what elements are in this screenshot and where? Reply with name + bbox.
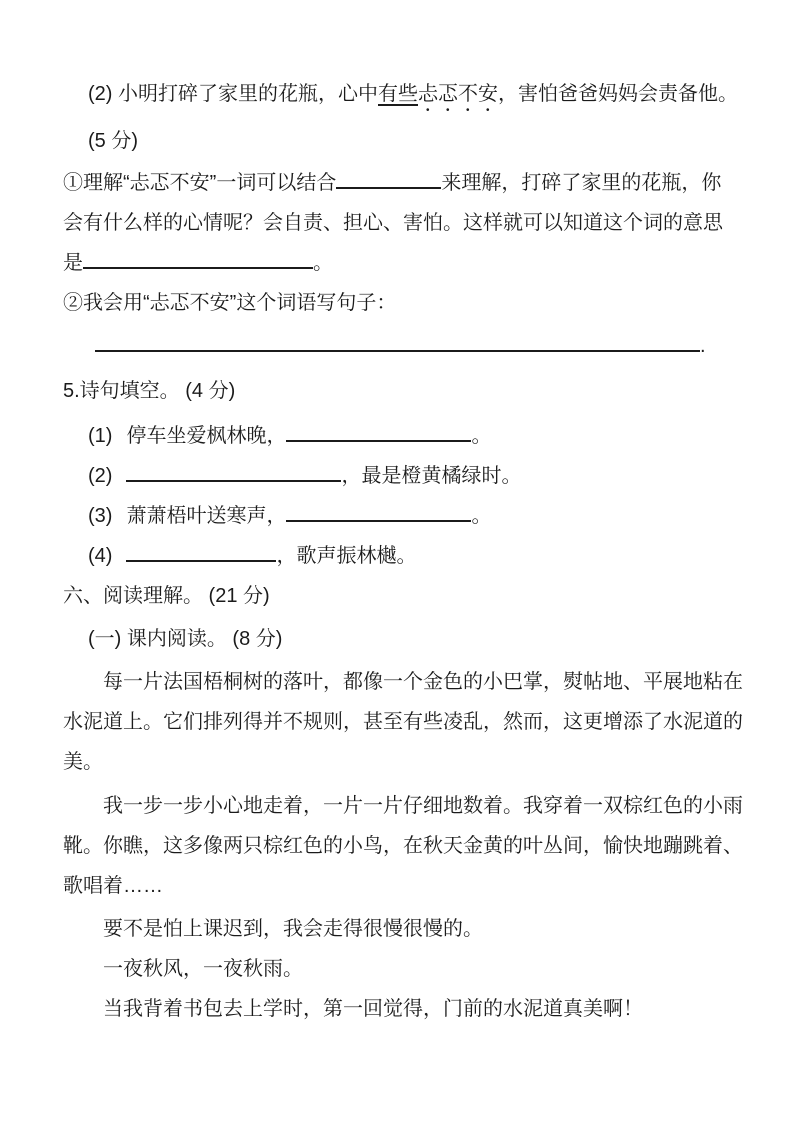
fill-in-blank: [286, 500, 471, 522]
q4-item2-sentence: (2) 小明打碎了家里的花瓶，心中有些忐忑不安，害怕爸爸妈妈会责备他。: [88, 74, 743, 116]
verse-before-blank: 萧萧梧叶送寒声，: [126, 505, 286, 527]
q4-sub2-label: ②我会用“忐忑不安”这个词语写句子：: [63, 283, 743, 323]
reading-paragraph-1: 每一片法国梧桐树的落叶，都像一个金色的小巴掌，熨帖地、平展地粘在水泥道上。它们排…: [63, 662, 743, 782]
item-number: (1): [88, 425, 112, 447]
item-number: (3): [88, 505, 112, 527]
q4-sub2-answer-line: .: [63, 329, 743, 363]
reading-paragraph-5: 当我背着书包去上学时，第一回觉得，门前的水泥道真美啊！: [63, 989, 743, 1029]
item-number: (4): [88, 545, 112, 567]
q6-sub-heading: (一) 课内阅读。 (8 分): [88, 619, 743, 659]
q4-sub1-line2: 会有什么样的心情呢？会自责、担心、害怕。这样就可以知道这个词的意思: [63, 203, 743, 243]
verse-after-blank: 。: [471, 425, 491, 447]
reading-paragraph-3: 要不是怕上课迟到，我会走得很慢很慢的。: [63, 909, 743, 949]
emphasized-word: 忐忑不安: [418, 83, 498, 105]
q5-heading: 5.诗句填空。 (4 分): [63, 371, 743, 411]
underlined-word: 有些: [378, 83, 418, 105]
exam-page: (2) 小明打碎了家里的花瓶，心中有些忐忑不安，害怕爸爸妈妈会责备他。 (5 分…: [0, 0, 793, 1122]
q6-heading: 六、阅读理解。 (21 分): [63, 576, 743, 616]
fill-in-blank: [126, 540, 276, 562]
answer-end-mark: .: [700, 335, 706, 357]
q5-item-3: (3)萧萧梧叶送寒声，。: [88, 496, 743, 536]
q4-sub1-block: ①理解“忐忑不安”一词可以结合来理解，打碎了家里的花瓶，你 会有什么样的心情呢？…: [63, 163, 743, 283]
fill-in-blank: [336, 167, 441, 189]
q5-item-4: (4)，歌声振林樾。: [88, 536, 743, 576]
q5-item-1: (1)停车坐爱枫林晚，。: [88, 416, 743, 456]
answer-underline: [95, 330, 700, 352]
fill-in-blank: [83, 247, 313, 269]
verse-before-blank: 停车坐爱枫林晚，: [126, 425, 286, 447]
verse-after-blank: ，最是橙黄橘绿时。: [341, 465, 521, 487]
item-number: (2): [88, 465, 112, 487]
sentence-prefix: (2) 小明打碎了家里的花瓶，心中: [88, 83, 378, 105]
verse-after-blank: 。: [471, 505, 491, 527]
fill-in-blank: [286, 420, 471, 442]
sub1-line3-suffix: 。: [313, 252, 333, 274]
reading-paragraph-2: 我一步一步小心地走着，一片一片仔细地数着。我穿着一双棕红色的小雨靴。你瞧，这多像…: [63, 786, 743, 906]
sub1-post-blank: 来理解，打碎了家里的花瓶，你: [441, 172, 721, 194]
q4-sub1-line1: ①理解“忐忑不安”一词可以结合来理解，打碎了家里的花瓶，你: [63, 163, 743, 203]
sub1-line3-prefix: 是: [63, 252, 83, 274]
q4-sub1-line3: 是。: [63, 243, 743, 283]
fill-in-blank: [126, 460, 341, 482]
q5-item-2: (2)，最是橙黄橘绿时。: [88, 456, 743, 496]
reading-paragraph-4: 一夜秋风，一夜秋雨。: [63, 949, 743, 989]
sentence-suffix: ，害怕爸爸妈妈会责备他。: [498, 83, 738, 105]
q4-item2-points: (5 分): [88, 121, 743, 161]
verse-after-blank: ，歌声振林樾。: [276, 545, 416, 567]
sub1-pre-blank: ①理解“忐忑不安”一词可以结合: [63, 172, 336, 194]
